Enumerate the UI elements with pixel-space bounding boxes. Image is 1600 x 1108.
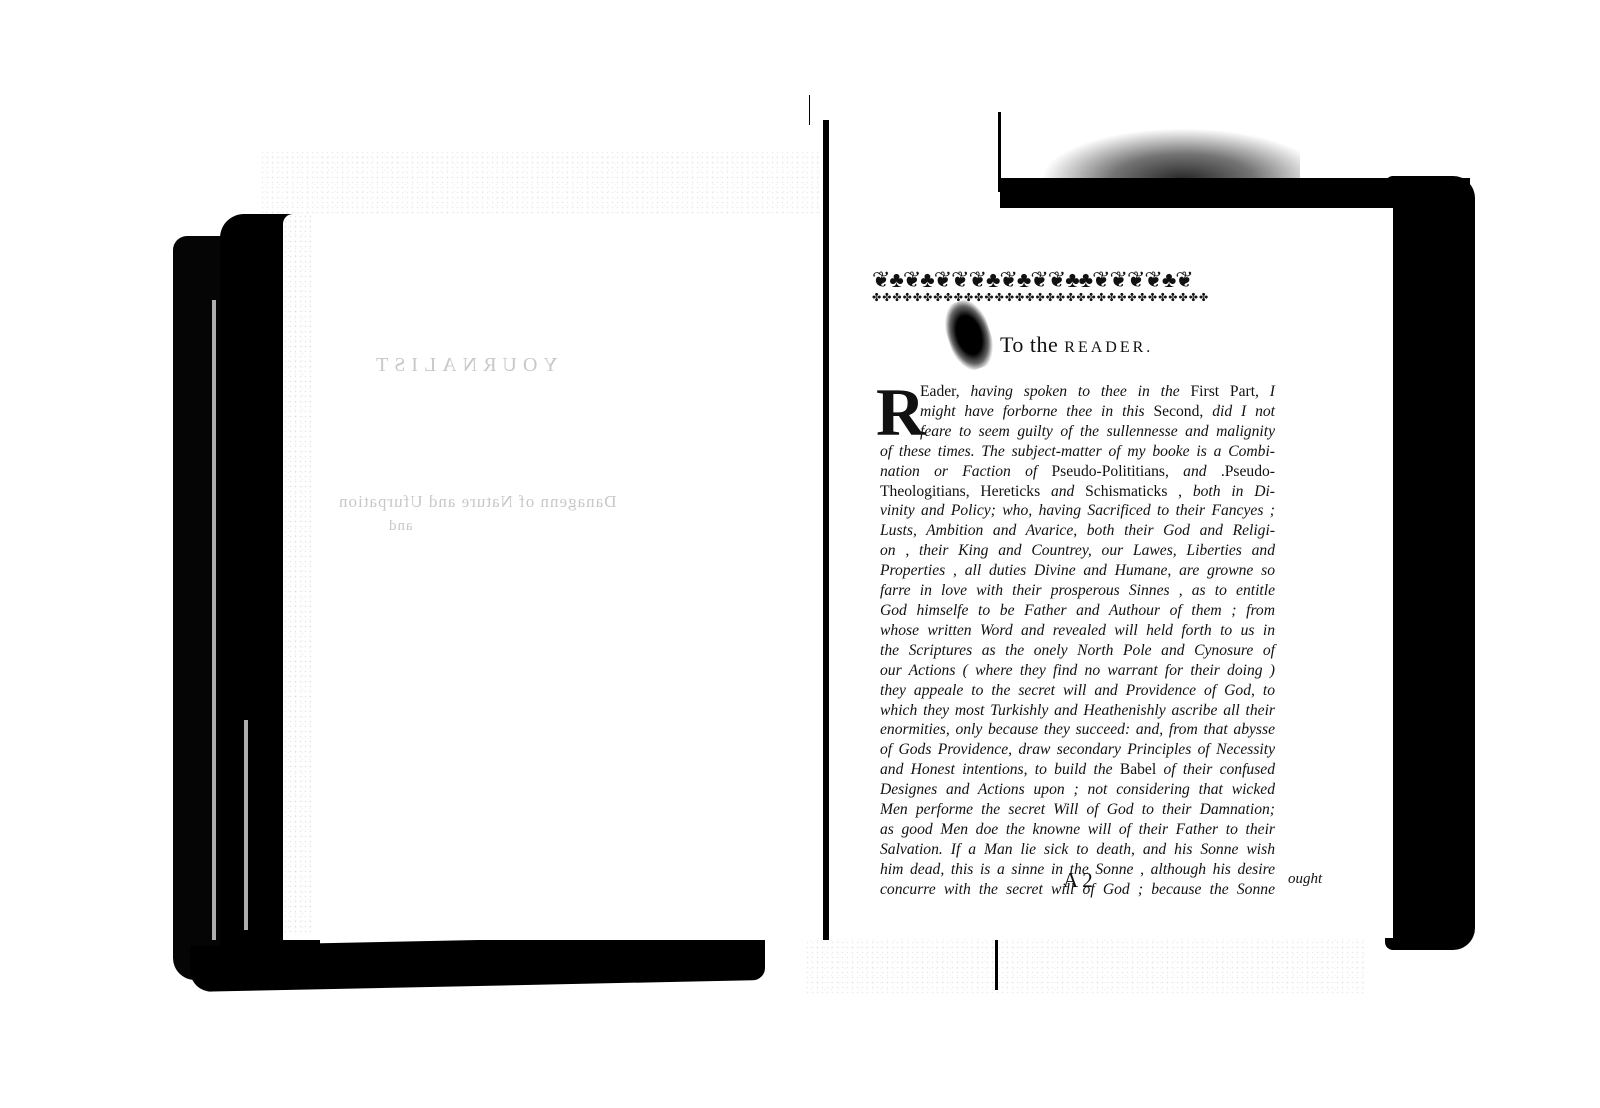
book-cover-right bbox=[1385, 176, 1475, 950]
text-line: Lusts, Ambition and Avarice, both their … bbox=[880, 521, 1275, 541]
text-line: God himselfe to be Father and Authour of… bbox=[880, 601, 1275, 621]
text-line: our Actions ( where they find no warrant… bbox=[880, 661, 1275, 681]
page-edges-left-2 bbox=[244, 720, 248, 930]
text-line: Men performe the secret Will of God to t… bbox=[880, 800, 1275, 820]
showthrough-line: Danagenn of Nature and Ufurpation bbox=[338, 492, 616, 512]
page-heading: To the READER. bbox=[1000, 332, 1153, 358]
page-edge-grain bbox=[283, 214, 313, 934]
text-line: Theologitians, Hereticks and Schismatick… bbox=[880, 482, 1275, 502]
text-line: vinity and Policy; who, having Sacrifice… bbox=[880, 501, 1275, 521]
text-line: and Honest intentions, to build the Babe… bbox=[880, 760, 1275, 780]
text-line: farre in love with their prosperous Sinn… bbox=[880, 581, 1275, 601]
signature-mark: A 2 bbox=[1063, 868, 1093, 893]
header-ornament-band: ❦♣❦♣❦❦❦♣❦♣❦❦♣♣❦❦❦❦♣❦ ✤✤✤✤✤✤✤✤✤✤✤✤✤✤✤✤✤✤✤… bbox=[872, 268, 1282, 312]
catchword: ought bbox=[1288, 871, 1322, 888]
scan-noise-top bbox=[260, 150, 820, 220]
showthrough-line-2: and bbox=[388, 518, 413, 535]
book-gutter bbox=[823, 120, 829, 940]
ornament-row-fleurons: ✤✤✤✤✤✤✤✤✤✤✤✤✤✤✤✤✤✤✤✤✤✤✤✤✤✤✤✤✤✤✤✤✤ bbox=[872, 292, 1282, 304]
gutter-mark-bottom bbox=[995, 940, 998, 990]
text-line: Salvation. If a Man lie sick to death, a… bbox=[880, 840, 1275, 860]
heading-smallcaps: READER. bbox=[1064, 339, 1153, 356]
text-line: might have forborne thee in this Second,… bbox=[880, 402, 1275, 422]
left-page bbox=[283, 214, 823, 940]
text-line: Designes and Actions upon ; not consider… bbox=[880, 780, 1275, 800]
showthrough-title: YOURNALIST bbox=[370, 354, 558, 377]
text-line: Eader, having spoken to thee in the Firs… bbox=[880, 382, 1275, 402]
text-line: Properties , all duties Divine and Human… bbox=[880, 561, 1275, 581]
text-line: enormities, only because they succeed: a… bbox=[880, 720, 1275, 740]
gutter-mark bbox=[998, 112, 1001, 192]
crop-mark bbox=[809, 95, 810, 125]
text-line: of Gods Providence, draw secondary Princ… bbox=[880, 740, 1275, 760]
text-line: whose written Word and revealed will hel… bbox=[880, 621, 1275, 641]
page-edges-left bbox=[212, 300, 216, 940]
text-line: as good Men doe the knowne will of their… bbox=[880, 820, 1275, 840]
text-line: on , their King and Countrey, our Lawes,… bbox=[880, 541, 1275, 561]
heading-prefix: To the bbox=[1000, 332, 1064, 357]
text-line: they appeale to the secret will and Prov… bbox=[880, 681, 1275, 701]
text-line: the Scriptures as the onely North Pole a… bbox=[880, 641, 1275, 661]
text-line: nation or Faction of Pseudo-Polititians,… bbox=[880, 462, 1275, 482]
ornament-row-flowers: ❦♣❦♣❦❦❦♣❦♣❦❦♣♣❦❦❦❦♣❦ bbox=[872, 268, 1282, 292]
text-line: which they most Turkishly and Heathenish… bbox=[880, 701, 1275, 721]
text-line: of these times. The subject-matter of my… bbox=[880, 442, 1275, 462]
text-line: feare to seem guilty of the sullennesse … bbox=[880, 422, 1275, 442]
body-text: Eader, having spoken to thee in the Firs… bbox=[880, 382, 1275, 900]
